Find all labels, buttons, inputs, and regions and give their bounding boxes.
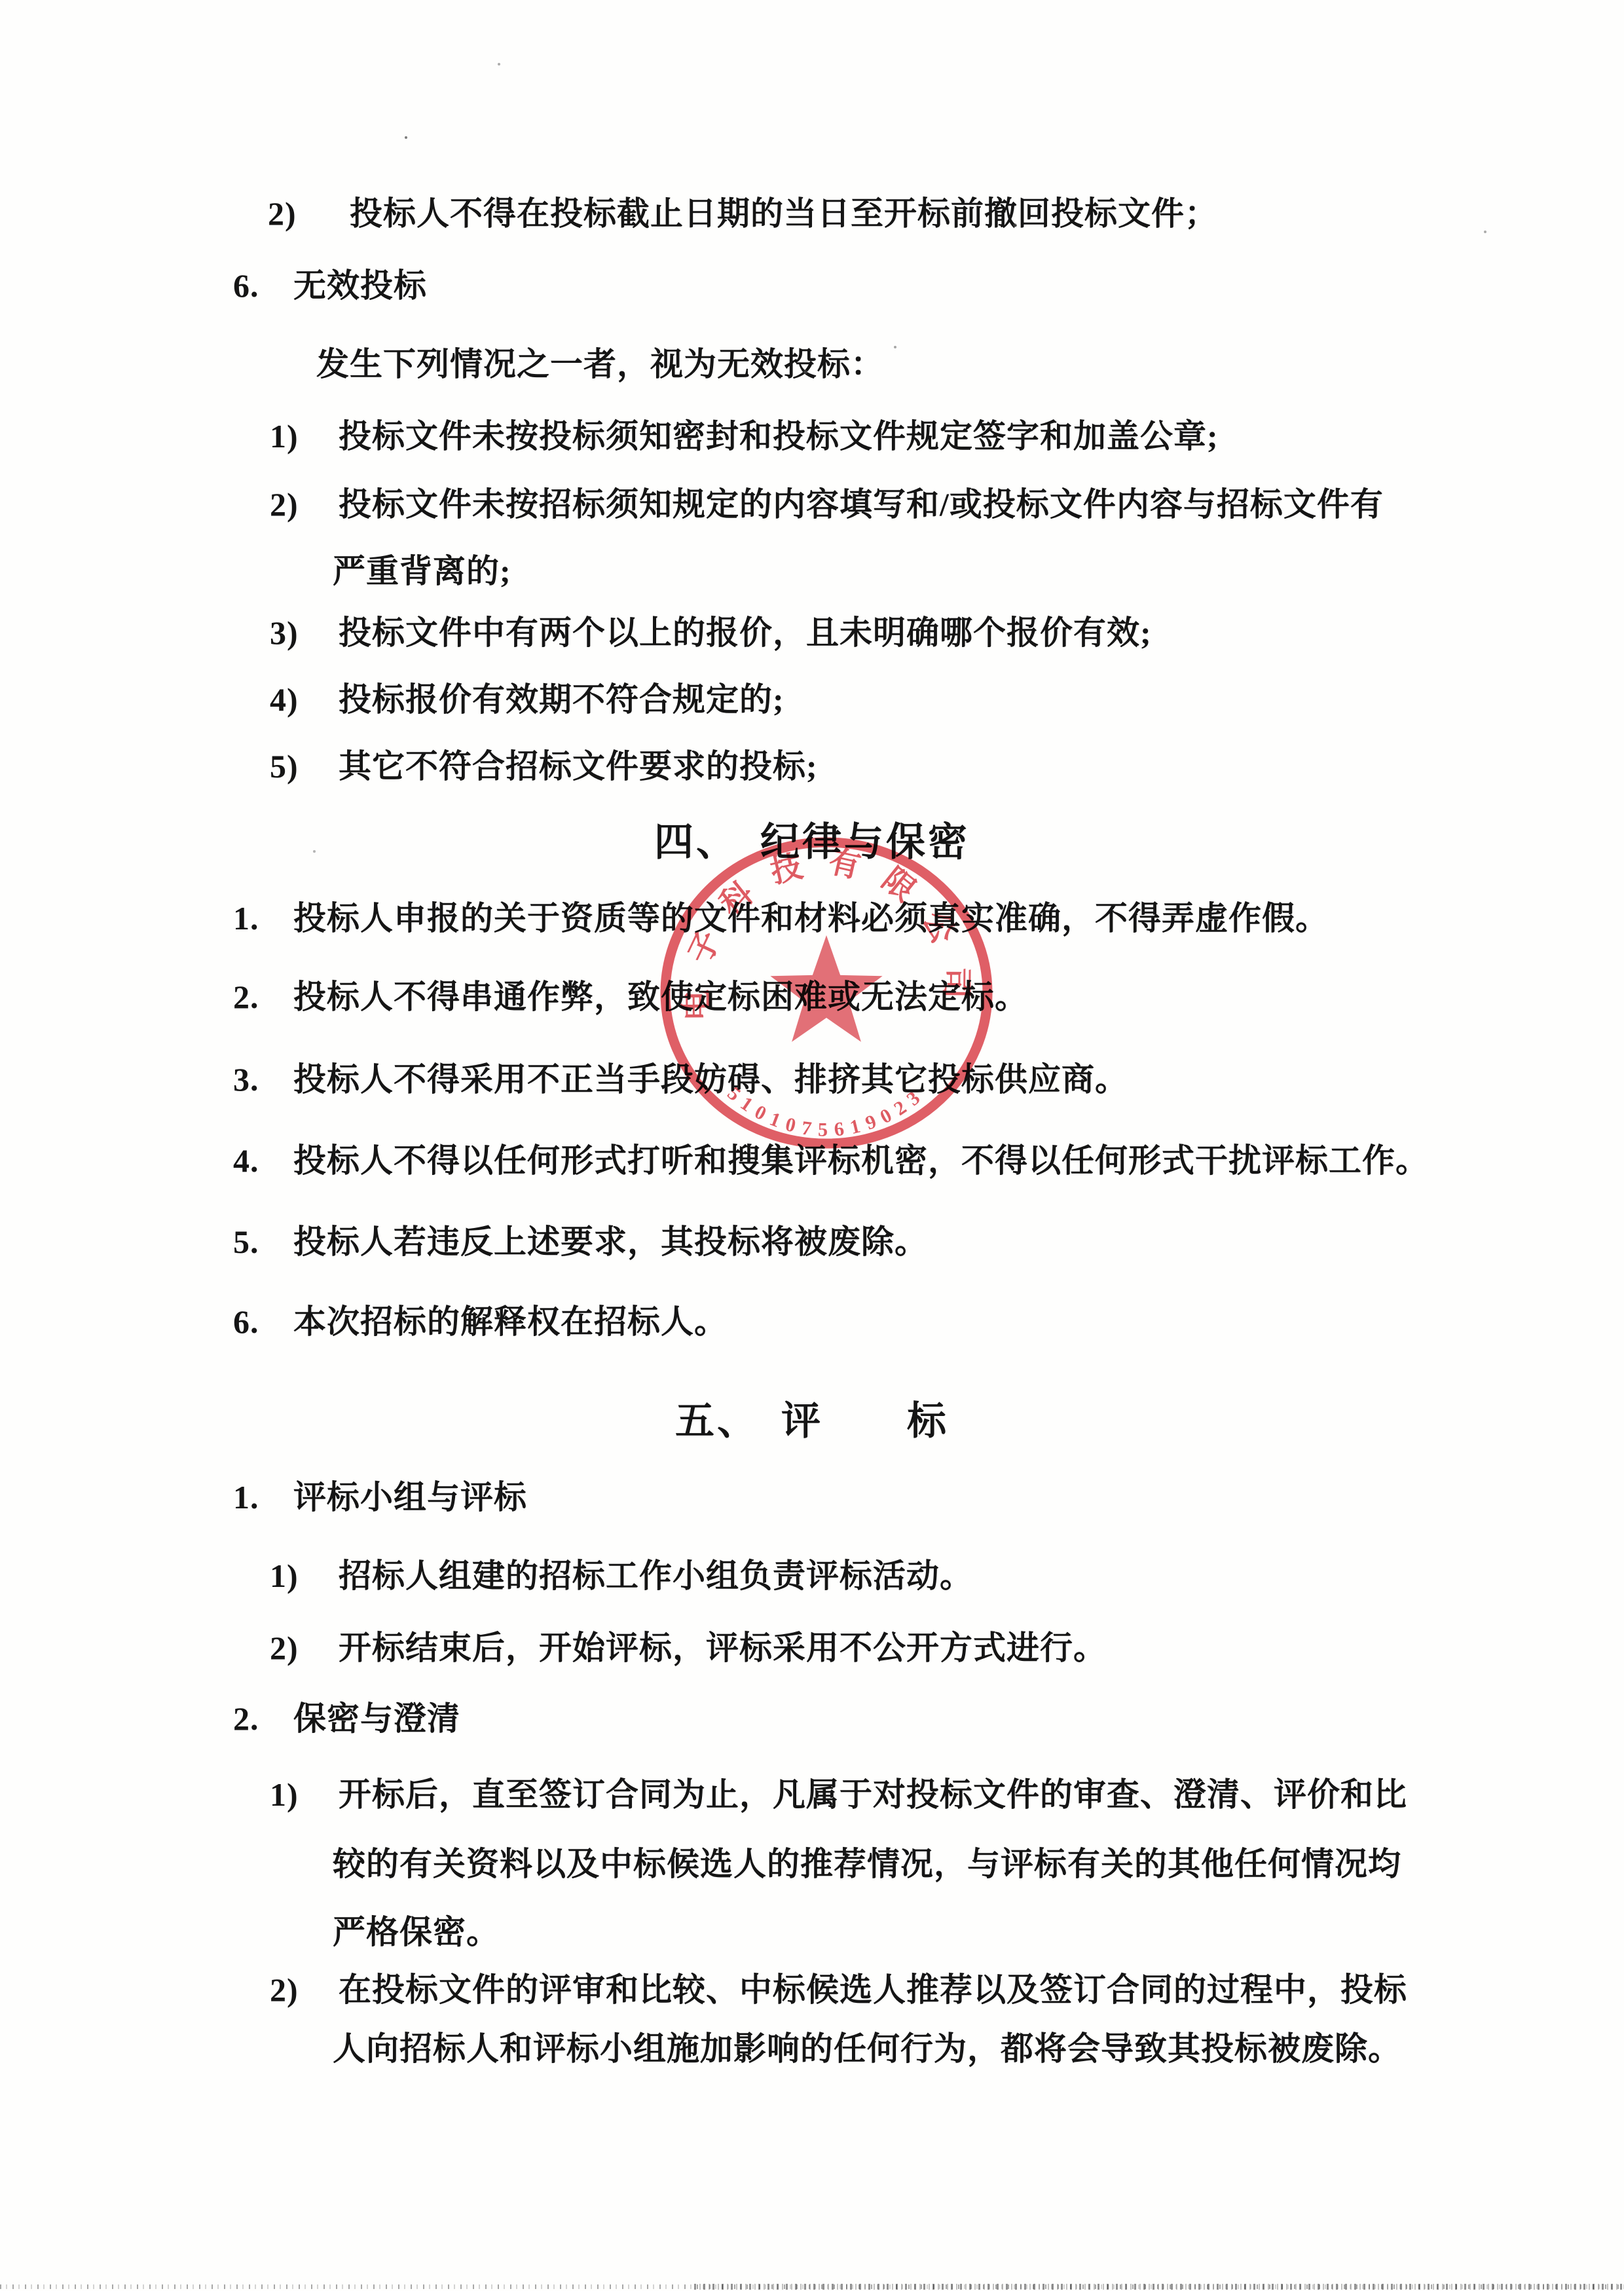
item-text: 投标文件未按招标须知规定的内容填写和/或投标文件内容与招标文件有 xyxy=(339,485,1384,524)
item-label: 1. xyxy=(233,899,293,938)
item-label: 2) xyxy=(270,1970,339,2009)
scan-noise-strip-right xyxy=(694,2284,1624,2290)
list-item: 6.无效投标 xyxy=(233,266,427,305)
list-item: 5)其它不符合招标文件要求的投标; xyxy=(270,747,818,786)
item-text: 投标文件中有两个以上的报价，且未明确哪个报价有效; xyxy=(339,613,1152,652)
item-label: 1) xyxy=(270,1556,339,1595)
item-label: 6. xyxy=(233,1302,293,1341)
item-text: 开标后，直至签订合同为止，凡属于对投标文件的审查、澄清、评价和比 xyxy=(339,1775,1407,1814)
document-page: 2)投标人不得在投标截止日期的当日至开标前撤回投标文件； 6.无效投标 发生下列… xyxy=(0,0,1624,2291)
list-item: 2.保密与澄清 xyxy=(233,1699,460,1738)
item-label: 2) xyxy=(270,485,339,524)
item-text-continuation: 严格保密。 xyxy=(333,1912,500,1952)
list-item: 1)开标后，直至签订合同为止，凡属于对投标文件的审查、澄清、评价和比 xyxy=(270,1775,1407,1814)
item-text: 投标人若违反上述要求，其投标将被废除。 xyxy=(293,1222,928,1261)
list-item: 1.评标小组与评标 xyxy=(233,1478,527,1517)
item-text-continuation: 严重背离的; xyxy=(333,551,511,591)
item-label: 2) xyxy=(270,1628,339,1667)
item-label: 6. xyxy=(233,266,293,305)
item-label: 4. xyxy=(233,1141,293,1180)
item-label: 2. xyxy=(233,977,293,1016)
section-heading-evaluation: 五、 评 标 xyxy=(0,1390,1624,1446)
item-label: 2. xyxy=(233,1699,293,1738)
list-item: 2)投标文件未按招标须知规定的内容填写和/或投标文件内容与招标文件有 xyxy=(270,485,1384,524)
item-text: 投标文件未按投标须知密封和投标文件规定签字和加盖公章; xyxy=(339,417,1219,456)
item-text: 其它不符合招标文件要求的投标; xyxy=(339,747,818,786)
item-text: 保密与澄清 xyxy=(293,1699,460,1738)
item-text: 开标结束后，开始评标，评标采用不公开方式进行。 xyxy=(339,1628,1107,1667)
item-text: 本次招标的解释权在招标人。 xyxy=(293,1302,728,1341)
list-item: 2)在投标文件的评审和比较、中标候选人推荐以及签订合同的过程中，投标 xyxy=(270,1970,1407,2009)
item-label: 1) xyxy=(270,1775,339,1814)
item-text: 在投标文件的评审和比较、中标候选人推荐以及签订合同的过程中，投标 xyxy=(339,1970,1407,2009)
item-label: 3. xyxy=(233,1060,293,1099)
item-text-continuation: 较的有关资料以及中标候选人的推荐情况，与评标有关的其他任何情况均 xyxy=(333,1844,1401,1884)
list-item: 3)投标文件中有两个以上的报价，且未明确哪个报价有效; xyxy=(270,613,1152,652)
company-stamp: 电子科技有限公司 5101075619023 xyxy=(643,823,1010,1166)
item-text-continuation: 人向招标人和评标小组施加影响的任何行为，都将会导致其投标被废除。 xyxy=(333,2029,1401,2068)
list-item: 2)投标人不得在投标截止日期的当日至开标前撤回投标文件； xyxy=(268,194,1218,233)
list-item: 4)投标报价有效期不符合规定的; xyxy=(270,680,784,719)
item-text: 投标报价有效期不符合规定的; xyxy=(339,680,784,719)
item-label: 2) xyxy=(268,194,350,233)
item-label: 3) xyxy=(270,613,339,652)
item-label: 5. xyxy=(233,1222,293,1261)
star-icon xyxy=(770,935,882,1042)
item-text: 投标人不得在投标截止日期的当日至开标前撤回投标文件； xyxy=(350,194,1218,233)
item-label: 1. xyxy=(233,1478,293,1517)
list-item: 1)投标文件未按投标须知密封和投标文件规定签字和加盖公章; xyxy=(270,417,1219,456)
list-item: 2)开标结束后，开始评标，评标采用不公开方式进行。 xyxy=(270,1628,1107,1667)
item-text: 招标人组建的招标工作小组负责评标活动。 xyxy=(339,1556,973,1595)
item-label: 1) xyxy=(270,417,339,456)
item-label: 4) xyxy=(270,680,339,719)
scan-specks xyxy=(405,136,407,139)
intro-text: 发生下列情况之一者，视为无效投标： xyxy=(316,345,884,384)
item-text: 评标小组与评标 xyxy=(293,1478,527,1517)
list-item: 1)招标人组建的招标工作小组负责评标活动。 xyxy=(270,1556,973,1595)
section-title: 无效投标 xyxy=(293,266,427,305)
list-item: 6.本次招标的解释权在招标人。 xyxy=(233,1302,728,1341)
list-item: 5.投标人若违反上述要求，其投标将被废除。 xyxy=(233,1222,928,1261)
item-label: 5) xyxy=(270,747,339,786)
